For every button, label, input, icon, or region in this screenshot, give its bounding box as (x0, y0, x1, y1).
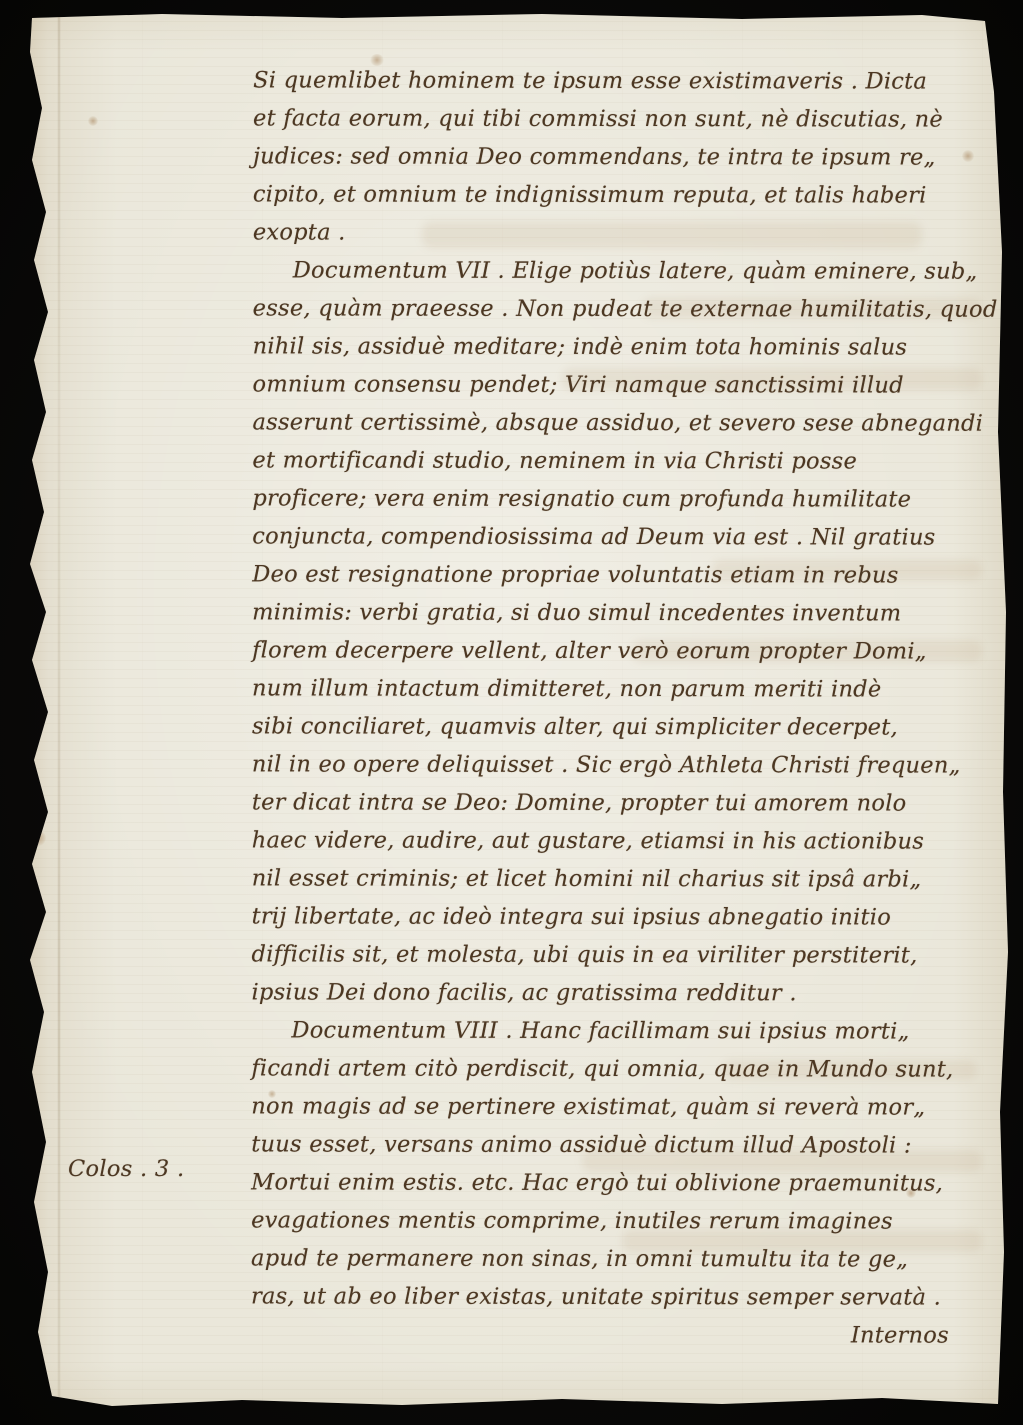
manuscript-line: florem decerpere vellent, alter verò eor… (252, 631, 994, 670)
manuscript-line: omnium consensu pendet; Viri namque sanc… (253, 365, 995, 404)
manuscript-line: ficandi artem citò perdiscit, qui omnia,… (251, 1049, 993, 1088)
manuscript-line: ipsius Dei dono facilis, ac gratissima r… (251, 973, 993, 1012)
manuscript-line: tuus esset, versans animo assiduè dictum… (251, 1125, 993, 1164)
manuscript-line: Si quemlibet hominem te ipsum esse exist… (253, 61, 995, 100)
manuscript-line: proficere; vera enim resignatio cum prof… (252, 479, 994, 518)
manuscript-line: ter dicat intra se Deo: Domine, propter … (252, 783, 994, 822)
manuscript-line: nil esset criminis; et licet homini nil … (252, 859, 994, 898)
foxing-spot (88, 116, 98, 126)
manuscript-line: num illum intactum dimitteret, non parum… (252, 669, 994, 708)
manuscript-line: judices: sed omnia Deo commendans, te in… (253, 137, 995, 176)
catchword: Internos (251, 1315, 993, 1354)
manuscript-line: et facta eorum, qui tibi commissi non su… (253, 99, 995, 138)
manuscript-line: Deo est resignatione propriae voluntatis… (252, 555, 994, 594)
foxing-spot (30, 830, 46, 846)
manuscript-line: minimis: verbi gratia, si duo simul ince… (252, 593, 994, 632)
manuscript-line: evagationes mentis comprime, inutiles re… (251, 1201, 993, 1240)
manuscript-line: difficilis sit, et molesta, ubi quis in … (252, 935, 994, 974)
manuscript-line: conjuncta, compendiosissima ad Deum via … (252, 517, 994, 556)
manuscript-line: cipito, et omnium te indignissimum reput… (253, 175, 995, 214)
manuscript-line: ras, ut ab eo liber existas, unitate spi… (251, 1277, 993, 1316)
margin-note: Colos . 3 . (68, 1156, 184, 1182)
manuscript-line: trij libertate, ac ideò integra sui ipsi… (252, 897, 994, 936)
foxing-spot (36, 702, 46, 714)
manuscript-line: Documentum VIII . Hanc facillimam sui ip… (251, 1011, 993, 1050)
manuscript-line: non magis ad se pertinere existimat, quà… (251, 1087, 993, 1126)
scan-background: Colos . 3 . Si quemlibet hominem te ipsu… (0, 0, 1023, 1425)
paper-crease (58, 12, 60, 1410)
manuscript-line: sibi conciliaret, quamvis alter, qui sim… (252, 707, 994, 746)
manuscript-line: Documentum VII . Elige potiùs latere, qu… (253, 251, 995, 290)
manuscript-line: asserunt certissimè, absque assiduo, et … (252, 403, 994, 442)
manuscript-line: exopta . (253, 213, 995, 252)
manuscript-line: et mortificandi studio, neminem in via C… (252, 441, 994, 480)
manuscript-line: apud te permanere non sinas, in omni tum… (251, 1239, 993, 1278)
manuscript-line: haec videre, audire, aut gustare, etiams… (252, 821, 994, 860)
manuscript-line: Mortui enim estis. etc. Hac ergò tui obl… (251, 1163, 993, 1202)
manuscript-page: Colos . 3 . Si quemlibet hominem te ipsu… (22, 12, 1008, 1410)
manuscript-line: nihil sis, assiduè meditare; indè enim t… (253, 327, 995, 366)
manuscript-line: esse, quàm praeesse . Non pudeat te exte… (253, 289, 995, 328)
manuscript-text: Si quemlibet hominem te ipsum esse exist… (251, 61, 995, 1354)
manuscript-line: nil in eo opere deliquisset . Sic ergò A… (252, 745, 994, 784)
